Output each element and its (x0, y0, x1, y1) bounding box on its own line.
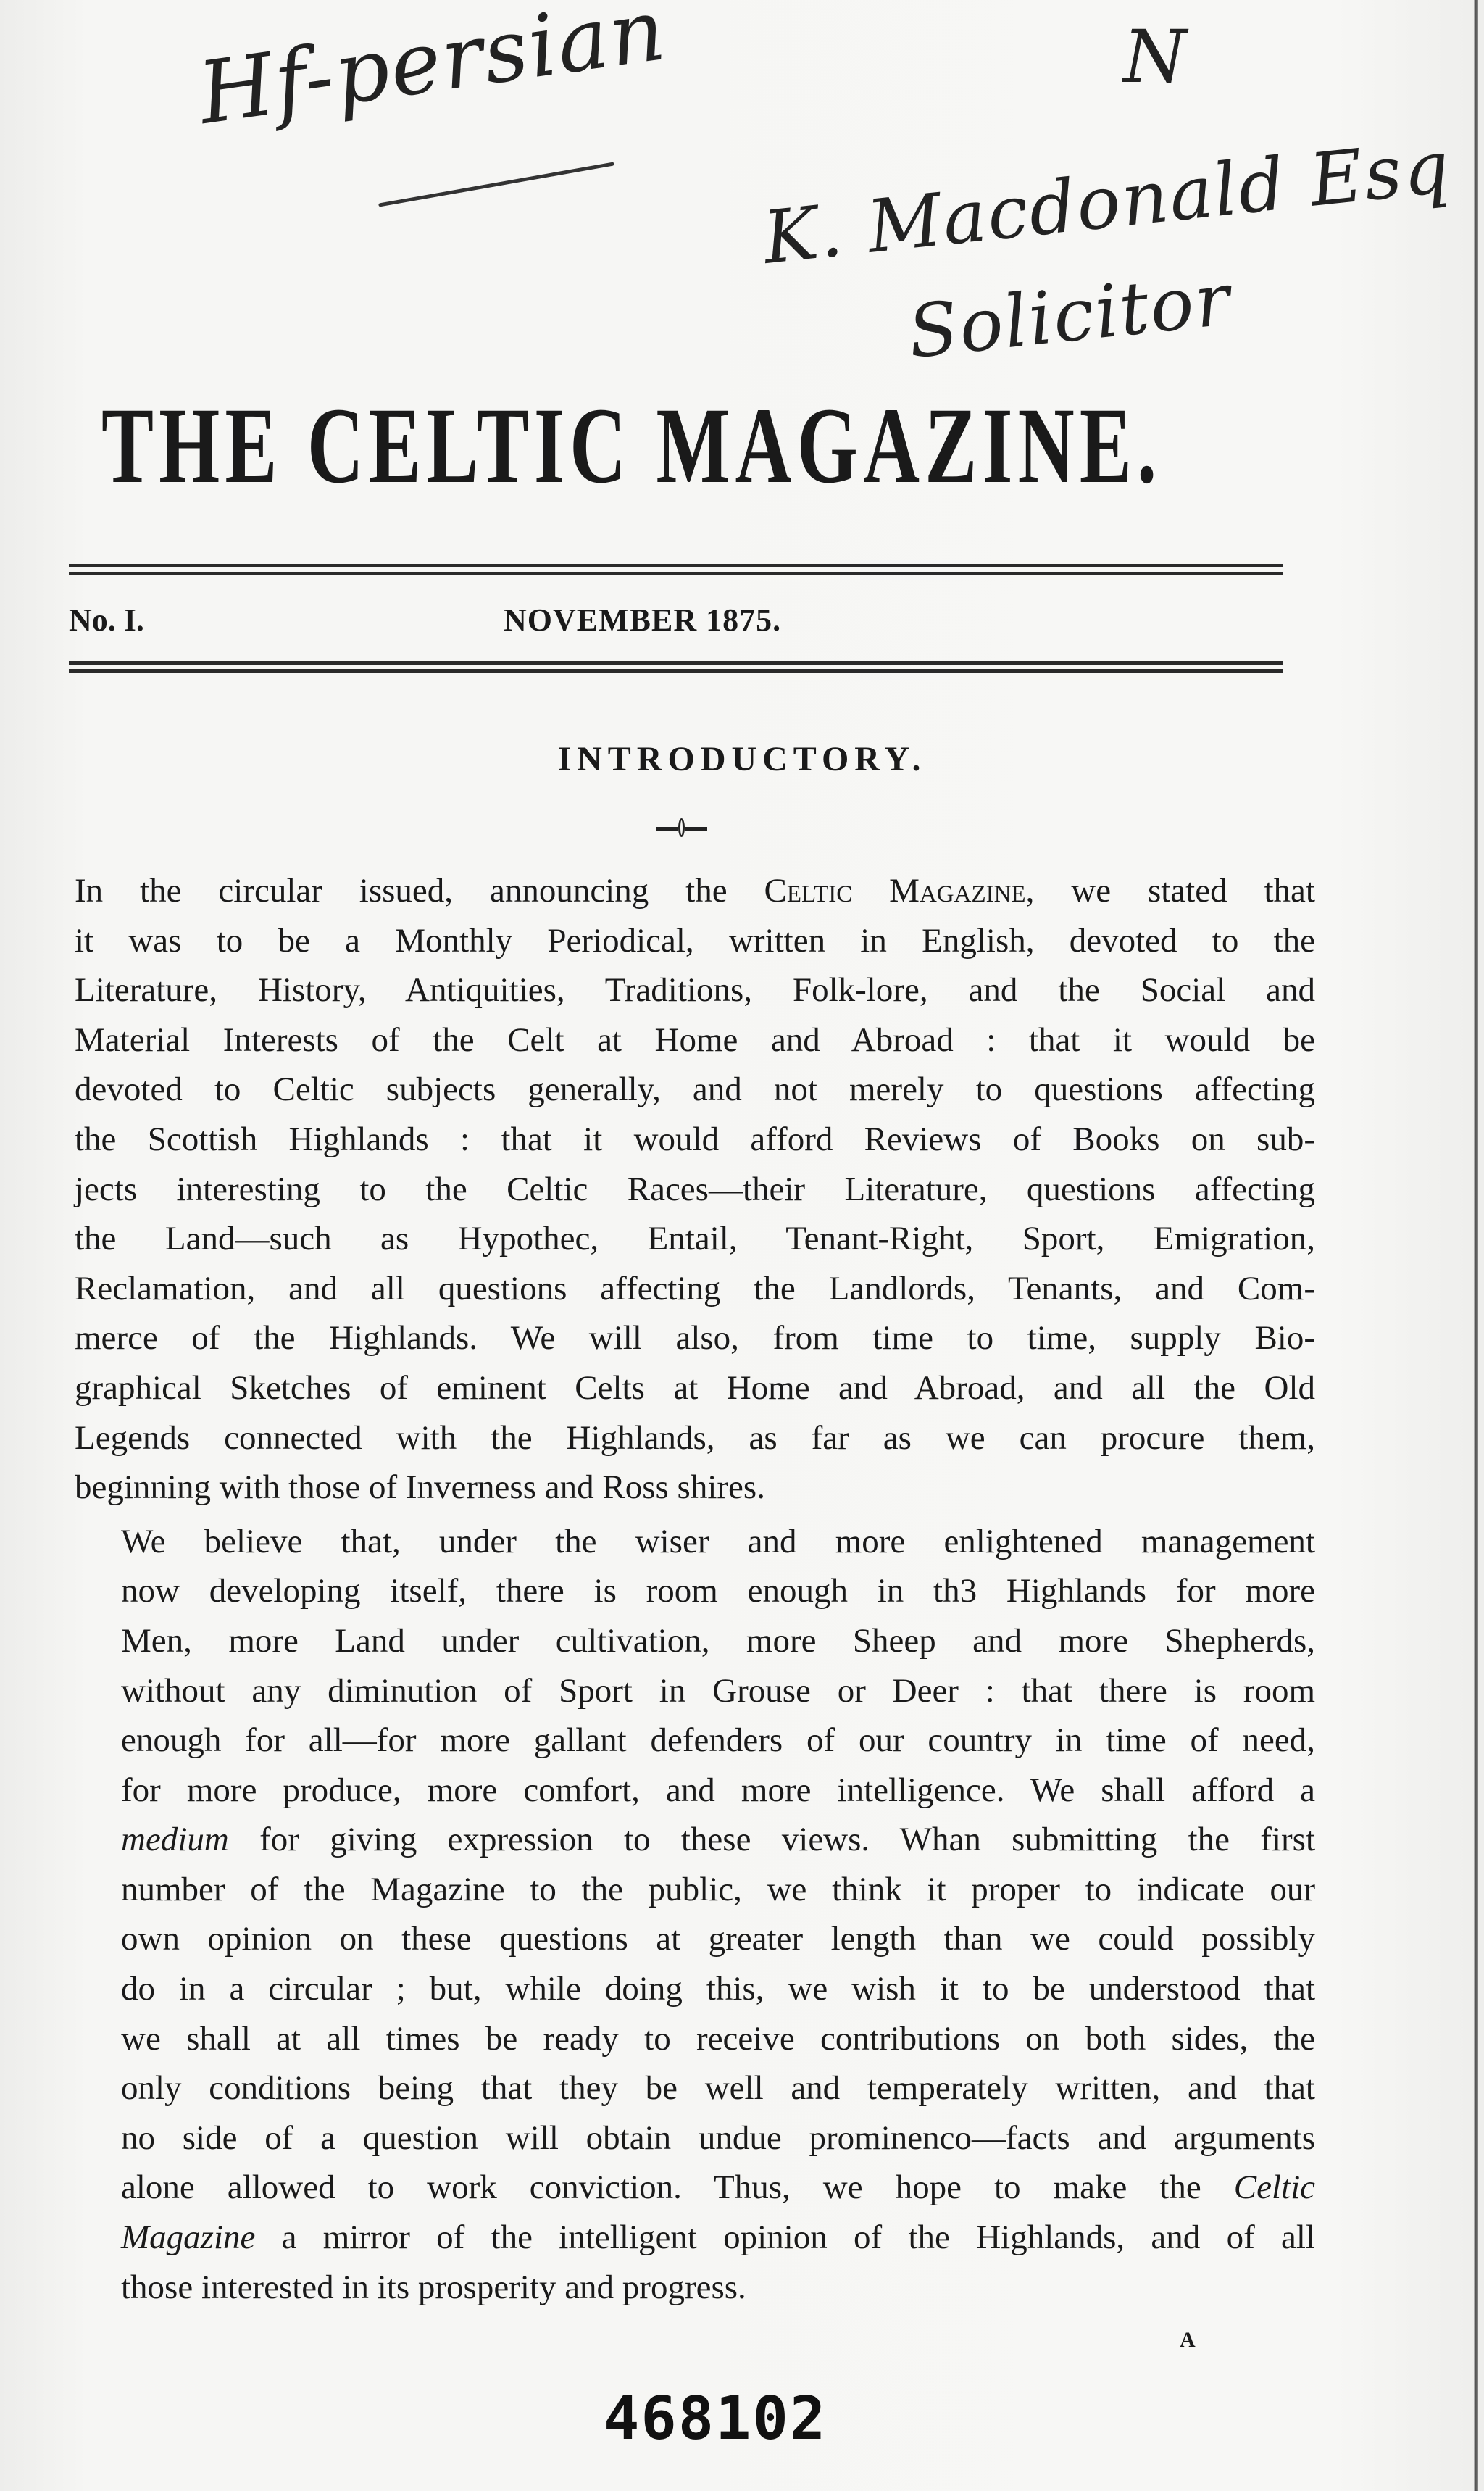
text-line: Men, more Land under cultivation, more S… (75, 1616, 1315, 1666)
masthead-rule-bottom (69, 661, 1283, 673)
issue-row: No. I. NOVEMBER 1875. (69, 602, 1283, 652)
smallcaps-title: Celtic Magazine (764, 872, 1025, 910)
text-line: the Land—such as Hypothec, Entail, Tenan… (75, 1214, 1315, 1264)
text-line: Magazine a mirror of the intelligent opi… (75, 2213, 1315, 2263)
scanned-page: Hf-persian N K. Macdonald Esq Solicitor … (0, 0, 1484, 2491)
issue-number: No. I. (69, 602, 144, 639)
text-line: only conditions being that they be well … (75, 2063, 1315, 2113)
handwritten-owner-title: Solicitor (904, 257, 1235, 375)
text-line: the Scottish Highlands : that it would a… (75, 1115, 1315, 1165)
italic-text: Magazine (121, 2218, 255, 2256)
text-line: devoted to Celtic subjects generally, an… (75, 1065, 1315, 1115)
masthead-title: THE CELTIC MAGAZINE. (101, 391, 926, 500)
text-line: now developing itself, there is room eno… (75, 1566, 1315, 1616)
text-line: own opinion on these questions at greate… (75, 1914, 1315, 1964)
handwritten-corner-mark: N (1123, 14, 1188, 99)
text-line: Material Interests of the Celt at Home a… (75, 1015, 1315, 1065)
text-line: We believe that, under the wiser and mor… (75, 1517, 1315, 1567)
text-line: alone allowed to work conviction. Thus, … (75, 2163, 1315, 2213)
article-body: In the circular issued, announcing the C… (75, 866, 1315, 2312)
article-paragraph: In the circular issued, announcing the C… (75, 866, 1315, 1513)
text-line: those interested in its prosperity and p… (75, 2263, 1315, 2313)
text-line: jects interesting to the Celtic Races—th… (75, 1165, 1315, 1215)
article-paragraph: We believe that, under the wiser and mor… (75, 1517, 1315, 2313)
text-line: medium for giving expression to these vi… (75, 1815, 1315, 1865)
issue-date: NOVEMBER 1875. (504, 602, 781, 639)
masthead-rule-top (69, 564, 1283, 575)
text-line: enough for all—for more gallant defender… (75, 1716, 1315, 1766)
text-line: beginning with those of Inverness and Ro… (75, 1463, 1315, 1513)
text-line: for more produce, more comfort, and more… (75, 1766, 1315, 1816)
article-title: INTRODUCTORY. (0, 739, 1484, 779)
handwritten-shelf-mark: Hf-persian (193, 0, 672, 144)
text-line: Literature, History, Antiquities, Tradit… (75, 965, 1315, 1015)
section-ornament-icon (656, 821, 707, 836)
text-line: it was to be a Monthly Periodical, writt… (75, 916, 1315, 966)
text-line: In the circular issued, announcing the C… (75, 866, 1315, 916)
text-line: Legends connected with the Highlands, as… (75, 1413, 1315, 1463)
handwritten-underline (378, 162, 614, 207)
handwritten-owner-name: K. Macdonald Esq (759, 124, 1455, 280)
catalogue-stamp: 468102 (604, 2384, 827, 2453)
signature-mark: A (1180, 2328, 1196, 2353)
text-line: without any diminution of Sport in Grous… (75, 1666, 1315, 1716)
italic-text: medium (121, 1821, 229, 1858)
text-line: no side of a question will obtain undue … (75, 2113, 1315, 2163)
text-line: Reclamation, and all questions affecting… (75, 1264, 1315, 1314)
text-line: do in a circular ; but, while doing this… (75, 1964, 1315, 2014)
page-edge-shadow (1474, 0, 1478, 2491)
text-line: graphical Sketches of eminent Celts at H… (75, 1363, 1315, 1413)
italic-text: Celtic (1234, 2168, 1315, 2206)
text-line: number of the Magazine to the public, we… (75, 1865, 1315, 1915)
text-line: merce of the Highlands. We will also, fr… (75, 1313, 1315, 1363)
text-line: we shall at all times be ready to receiv… (75, 2014, 1315, 2064)
